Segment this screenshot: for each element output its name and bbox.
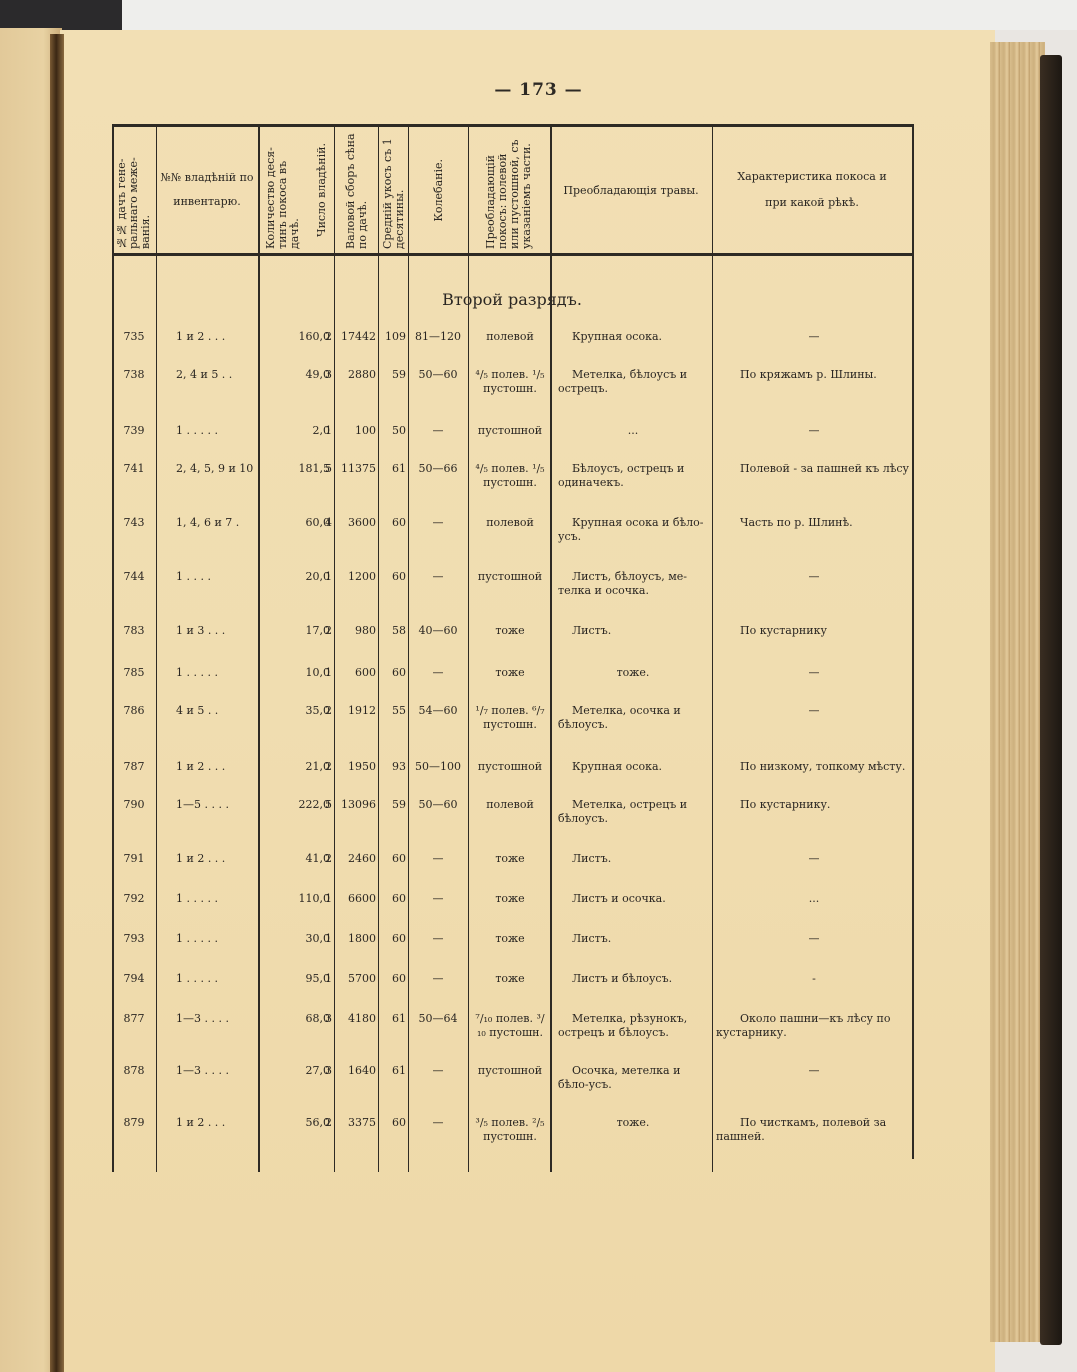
cell-pokos: ⁴/₅ полев. ¹/₅ пустошн. bbox=[472, 368, 548, 396]
cell-kolebanie: 50—66 bbox=[408, 462, 468, 475]
cell-dacha: 793 bbox=[112, 932, 156, 945]
cell-harakteristika: — bbox=[716, 704, 912, 718]
cell-chislo: 1 bbox=[308, 892, 332, 905]
cell-travy: Листъ. bbox=[558, 624, 708, 638]
cell-dacha: 783 bbox=[112, 624, 156, 637]
col-header-dacha: №№ дачъ гене-ральнаго межe-ванія. bbox=[112, 127, 156, 253]
cell-chislo: 3 bbox=[308, 1012, 332, 1025]
cell-kolebanie: 50—100 bbox=[408, 760, 468, 773]
cell-dacha: 786 bbox=[112, 704, 156, 717]
cell-travy: ... bbox=[558, 424, 708, 438]
cell-vladenia: 2, 4 и 5 . . bbox=[176, 368, 256, 381]
cell-pokos: полевой bbox=[472, 798, 548, 812]
cell-sbor: 13096 bbox=[334, 798, 376, 811]
cell-travy: Листъ и бѣлоусъ. bbox=[558, 972, 708, 986]
cell-kolebanie: — bbox=[408, 972, 468, 985]
cell-kolebanie: 50—64 bbox=[408, 1012, 468, 1025]
cell-kolebanie: — bbox=[408, 852, 468, 865]
cell-ukos: 60 bbox=[378, 892, 406, 905]
cell-chislo: 2 bbox=[308, 852, 332, 865]
col-header-desyatin: Количество деся-тинъ покоса въ дачѣ. bbox=[258, 127, 308, 253]
cell-pokos: пустошной bbox=[472, 570, 548, 584]
cell-vladenia: 1, 4, 6 и 7 . bbox=[176, 516, 256, 529]
section-title: Второй разрядъ. bbox=[112, 290, 912, 309]
cell-sbor: 3600 bbox=[334, 516, 376, 529]
col-header-pokos: Преобладающій покосъ: полевой или пустош… bbox=[468, 127, 550, 253]
cell-ukos: 60 bbox=[378, 666, 406, 679]
cell-chislo: 1 bbox=[308, 570, 332, 583]
cell-ukos: 60 bbox=[378, 570, 406, 583]
cell-pokos: тоже bbox=[472, 624, 548, 638]
cell-vladenia: 1 . . . . . bbox=[176, 892, 256, 905]
cell-vladenia: 1—3 . . . . bbox=[176, 1064, 256, 1077]
rule bbox=[912, 124, 914, 1159]
cell-harakteristika: Часть по р. Шлинѣ. bbox=[716, 516, 912, 530]
cell-travy: Листъ. bbox=[558, 852, 708, 866]
cell-ukos: 58 bbox=[378, 624, 406, 637]
cell-sbor: 1800 bbox=[334, 932, 376, 945]
cell-kolebanie: 50—60 bbox=[408, 368, 468, 381]
cell-ukos: 55 bbox=[378, 704, 406, 717]
table-header: №№ дачъ гене-ральнаго межe-ванія. №№ вла… bbox=[112, 124, 912, 256]
cell-harakteristika: — bbox=[716, 424, 912, 438]
cell-sbor: 3375 bbox=[334, 1116, 376, 1129]
cell-kolebanie: 81—120 bbox=[408, 330, 468, 343]
cell-ukos: 60 bbox=[378, 932, 406, 945]
cell-kolebanie: — bbox=[408, 1116, 468, 1129]
col-header-kolebanie: Колебаніе. bbox=[410, 127, 468, 253]
background-surface bbox=[122, 0, 1077, 30]
cell-chislo: 2 bbox=[308, 760, 332, 773]
cell-vladenia: 1—5 . . . . bbox=[176, 798, 256, 811]
cell-chislo: 2 bbox=[308, 704, 332, 717]
cell-pokos: тоже bbox=[472, 972, 548, 986]
col-header-harakteristika: Характеристика покоса и при какой рѣкѣ. bbox=[712, 127, 912, 253]
cell-kolebanie: 54—60 bbox=[408, 704, 468, 717]
cell-dacha: 738 bbox=[112, 368, 156, 381]
cell-vladenia: 4 и 5 . . bbox=[176, 704, 256, 717]
cell-dacha: 744 bbox=[112, 570, 156, 583]
cell-kolebanie: — bbox=[408, 516, 468, 529]
cell-travy: тоже. bbox=[558, 1116, 708, 1130]
col-header-travy: Преобладающія травы. bbox=[550, 127, 712, 253]
cell-vladenia: 1 и 2 . . . bbox=[176, 852, 256, 865]
cell-pokos: ⁴/₅ полев. ¹/₅ пустошн. bbox=[472, 462, 548, 490]
cell-ukos: 61 bbox=[378, 462, 406, 475]
cell-sbor: 1950 bbox=[334, 760, 376, 773]
cell-harakteristika: — bbox=[716, 330, 912, 344]
cell-dacha: 743 bbox=[112, 516, 156, 529]
cell-sbor: 2460 bbox=[334, 852, 376, 865]
rule bbox=[468, 124, 469, 1172]
cell-kolebanie: — bbox=[408, 932, 468, 945]
cell-vladenia: 2, 4, 5, 9 и 10 bbox=[176, 462, 256, 475]
cell-dacha: 785 bbox=[112, 666, 156, 679]
cell-chislo: 1 bbox=[308, 972, 332, 985]
cell-ukos: 50 bbox=[378, 424, 406, 437]
cell-travy: Крупная осока и бѣло-усъ. bbox=[558, 516, 708, 544]
cell-dacha: 792 bbox=[112, 892, 156, 905]
cell-dacha: 790 bbox=[112, 798, 156, 811]
cell-chislo: 3 bbox=[308, 1064, 332, 1077]
cell-dacha: 739 bbox=[112, 424, 156, 437]
cell-vladenia: 1 и 2 . . . bbox=[176, 330, 256, 343]
cell-harakteristika: — bbox=[716, 570, 912, 584]
cell-pokos: полевой bbox=[472, 516, 548, 530]
rule bbox=[550, 124, 552, 1172]
cell-harakteristika: По низкому, топкому мѣсту. bbox=[716, 760, 912, 774]
cell-dacha: 878 bbox=[112, 1064, 156, 1077]
cell-harakteristika: ... bbox=[716, 892, 912, 906]
cell-vladenia: 1 . . . . . bbox=[176, 424, 256, 437]
cell-dacha: 794 bbox=[112, 972, 156, 985]
cell-sbor: 4180 bbox=[334, 1012, 376, 1025]
cell-vladenia: 1 и 2 . . . bbox=[176, 760, 256, 773]
cell-travy: Метелка, рѣзунокъ, острецъ и бѣлоусъ. bbox=[558, 1012, 708, 1040]
cell-pokos: ³/₅ полев. ²/₅ пустошн. bbox=[472, 1116, 548, 1144]
cell-ukos: 60 bbox=[378, 1116, 406, 1129]
cell-sbor: 100 bbox=[334, 424, 376, 437]
cell-travy: Осочка, метелка и бѣло-усъ. bbox=[558, 1064, 708, 1092]
cell-ukos: 60 bbox=[378, 516, 406, 529]
cell-ukos: 109 bbox=[378, 330, 406, 343]
cell-sbor: 6600 bbox=[334, 892, 376, 905]
cell-harakteristika: По кустарнику. bbox=[716, 798, 912, 812]
book-gutter bbox=[50, 34, 64, 1372]
cell-travy: тоже. bbox=[558, 666, 708, 680]
cell-pokos: пустошной bbox=[472, 424, 548, 438]
cell-travy: Листъ. bbox=[558, 932, 708, 946]
cell-dacha: 877 bbox=[112, 1012, 156, 1025]
cell-travy: Крупная осока. bbox=[558, 760, 708, 774]
cell-harakteristika: — bbox=[716, 932, 912, 946]
cell-vladenia: 1 . . . . . bbox=[176, 666, 256, 679]
cell-chislo: 2 bbox=[308, 624, 332, 637]
cell-chislo: 1 bbox=[308, 932, 332, 945]
cell-pokos: ¹/₇ полев. ⁶/₇ пустошн. bbox=[472, 704, 548, 732]
cell-pokos: пустошной bbox=[472, 760, 548, 774]
cell-chislo: 3 bbox=[308, 368, 332, 381]
cell-dacha: 735 bbox=[112, 330, 156, 343]
cell-sbor: 11375 bbox=[334, 462, 376, 475]
cell-dacha: 787 bbox=[112, 760, 156, 773]
cell-travy: Метелка, бѣлоусъ и острецъ. bbox=[558, 368, 708, 396]
cell-travy: Метелка, осочка и бѣлоусъ. bbox=[558, 704, 708, 732]
cell-pokos: тоже bbox=[472, 852, 548, 866]
cell-pokos: тоже bbox=[472, 892, 548, 906]
cell-ukos: 60 bbox=[378, 852, 406, 865]
cell-travy: Метелка, острецъ и бѣлоусъ. bbox=[558, 798, 708, 826]
cell-harakteristika: — bbox=[716, 1064, 912, 1078]
cell-ukos: 93 bbox=[378, 760, 406, 773]
cell-vladenia: 1 и 2 . . . bbox=[176, 1116, 256, 1129]
cell-travy: Листъ, бѣлоусъ, ме-телка и осочка. bbox=[558, 570, 708, 598]
cell-travy: Бѣлоусъ, острецъ и одиначекъ. bbox=[558, 462, 708, 490]
page-number: — 173 — bbox=[0, 80, 1077, 100]
cell-harakteristika: По чисткамъ, полевой за пашней. bbox=[716, 1116, 912, 1144]
cell-pokos: тоже bbox=[472, 666, 548, 680]
cell-kolebanie: — bbox=[408, 424, 468, 437]
cell-sbor: 2880 bbox=[334, 368, 376, 381]
cell-kolebanie: — bbox=[408, 666, 468, 679]
col-header-vladenia: №№ владѣній по инвентарю. bbox=[156, 127, 258, 253]
cell-chislo: 5 bbox=[308, 798, 332, 811]
cell-vladenia: 1 и 3 . . . bbox=[176, 624, 256, 637]
cell-harakteristika: — bbox=[716, 852, 912, 866]
cell-harakteristika: По кустарнику bbox=[716, 624, 912, 638]
cell-harakteristika: Около пашни—къ лѣсу по кустарнику. bbox=[716, 1012, 912, 1040]
cell-pokos: полевой bbox=[472, 330, 548, 344]
cell-chislo: 1 bbox=[308, 424, 332, 437]
cell-ukos: 60 bbox=[378, 972, 406, 985]
rule bbox=[156, 124, 157, 1172]
cell-sbor: 1912 bbox=[334, 704, 376, 717]
cell-dacha: 879 bbox=[112, 1116, 156, 1129]
cell-kolebanie: 50—60 bbox=[408, 798, 468, 811]
cell-kolebanie: — bbox=[408, 570, 468, 583]
cell-ukos: 59 bbox=[378, 368, 406, 381]
cell-pokos: пустошной bbox=[472, 1064, 548, 1078]
cell-dacha: 741 bbox=[112, 462, 156, 475]
cell-sbor: 980 bbox=[334, 624, 376, 637]
cell-vladenia: 1—3 . . . . bbox=[176, 1012, 256, 1025]
cell-harakteristika: По кряжамъ р. Шлины. bbox=[716, 368, 912, 382]
cell-ukos: 59 bbox=[378, 798, 406, 811]
cell-chislo: 1 bbox=[308, 666, 332, 679]
cell-vladenia: 1 . . . . . bbox=[176, 972, 256, 985]
cell-dacha: 791 bbox=[112, 852, 156, 865]
cell-chislo: 2 bbox=[308, 1116, 332, 1129]
cell-sbor: 17442 bbox=[334, 330, 376, 343]
cell-ukos: 61 bbox=[378, 1012, 406, 1025]
page-edges bbox=[990, 42, 1045, 1342]
col-header-sbor: Валовой сборъ сѣна по дачѣ. bbox=[336, 127, 378, 253]
col-header-ukos: Средній укосъ съ 1 десятины. bbox=[378, 127, 410, 253]
cell-sbor: 5700 bbox=[334, 972, 376, 985]
cell-chislo: 5 bbox=[308, 462, 332, 475]
cell-chislo: 4 bbox=[308, 516, 332, 529]
cell-sbor: 600 bbox=[334, 666, 376, 679]
cell-vladenia: 1 . . . . . bbox=[176, 932, 256, 945]
cell-vladenia: 1 . . . . bbox=[176, 570, 256, 583]
cell-harakteristika: — bbox=[716, 666, 912, 680]
cell-harakteristika: Полевой - за пашней къ лѣсу bbox=[716, 462, 912, 476]
cell-kolebanie: — bbox=[408, 1064, 468, 1077]
cell-harakteristika: - bbox=[716, 972, 912, 986]
cell-sbor: 1200 bbox=[334, 570, 376, 583]
col-header-chislo: Число владѣній. bbox=[308, 127, 336, 253]
cell-travy: Крупная осока. bbox=[558, 330, 708, 344]
cell-ukos: 61 bbox=[378, 1064, 406, 1077]
cell-chislo: 2 bbox=[308, 330, 332, 343]
cell-pokos: ⁷/₁₀ полев. ³/₁₀ пустошн. bbox=[472, 1012, 548, 1040]
cell-sbor: 1640 bbox=[334, 1064, 376, 1077]
cell-kolebanie: — bbox=[408, 892, 468, 905]
rule bbox=[712, 124, 713, 1172]
cell-travy: Листъ и осочка. bbox=[558, 892, 708, 906]
cell-pokos: тоже bbox=[472, 932, 548, 946]
cell-kolebanie: 40—60 bbox=[408, 624, 468, 637]
book-cover-edge bbox=[1040, 55, 1062, 1345]
